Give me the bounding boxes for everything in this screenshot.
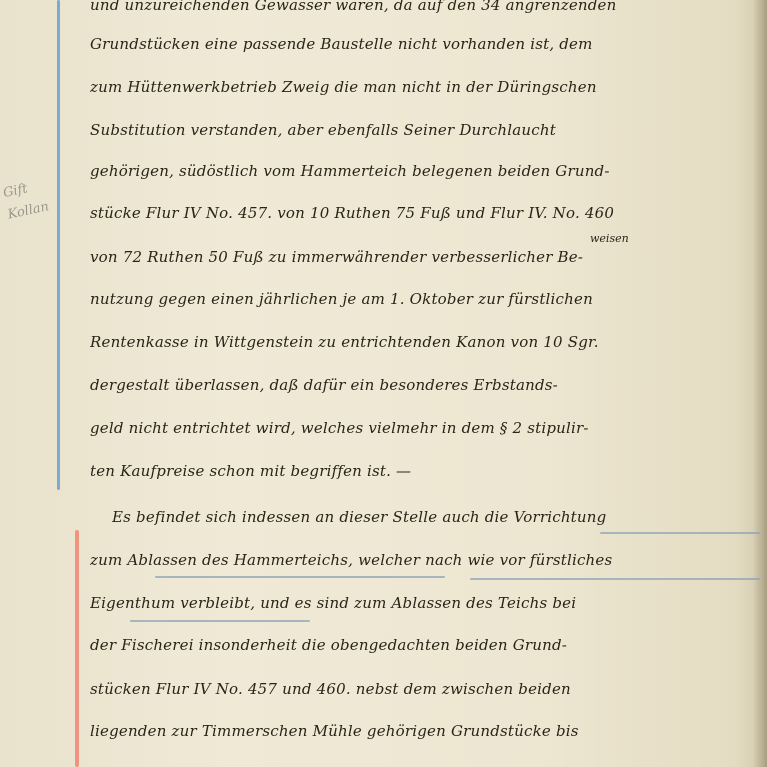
paragraph-2: Es befindet sich indessen an dieser Stel… — [0, 0, 767, 767]
blue-pencil-underline — [155, 576, 445, 578]
text-line: Es befindet sich indessen an dieser Stel… — [112, 508, 767, 526]
manuscript-page: Gift Kollan und unzureichenden Gewässer … — [0, 0, 767, 767]
text-line: der Fischerei insonderheit die obengedac… — [90, 636, 762, 654]
text-line: Eigenthum verbleibt, und es sind zum Abl… — [90, 594, 762, 612]
text-line: stücken Flur IV No. 457 und 460. nebst d… — [90, 680, 762, 698]
blue-pencil-underline — [130, 620, 310, 622]
text-line: liegenden zur Timmerschen Mühle gehörige… — [90, 722, 762, 740]
blue-pencil-underline — [600, 532, 760, 534]
blue-pencil-underline — [470, 578, 760, 580]
text-line: zum Ablassen des Hammerteichs, welcher n… — [90, 551, 762, 569]
